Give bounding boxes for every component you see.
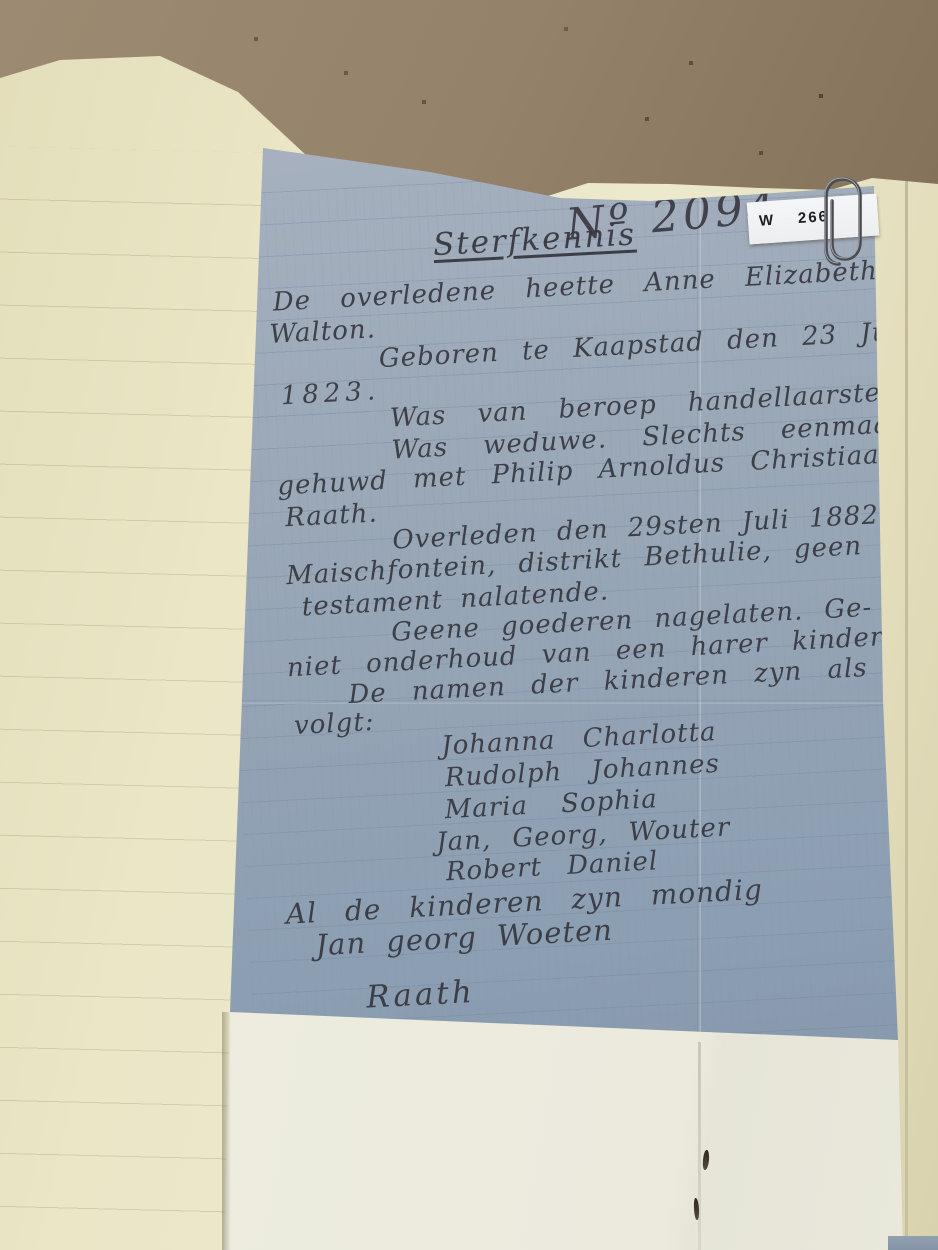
document-line: Walton. [269,314,377,350]
archive-label-letter: W [758,212,773,230]
board-speckles [0,0,2,2]
fold-crease [698,1042,701,1250]
document-line: Raath [365,974,475,1016]
document-line: Raath. [284,498,378,533]
death-notice-document: Nº 2094 Sterfkennis De overledene heette… [225,140,901,1050]
page-edge [905,180,908,1250]
document-title: Sterfkennis [432,217,637,264]
document-line: De overledene heette Anne Elizabeth [272,256,879,318]
document-line: volgt: [293,707,375,741]
document-line: Geboren te Kaapstad den 23 Juni [378,316,917,374]
handwritten-content: Nº 2094 Sterfkennis De overledene heette… [263,177,936,1039]
archival-photo: Nº 2094 Sterfkennis De overledene heette… [0,0,938,1250]
under-sheet [220,1005,910,1250]
book-gutter [222,1012,231,1250]
paperclip-icon [815,168,875,278]
document-line: 1823. [280,376,381,411]
next-document-corner [888,1236,938,1250]
